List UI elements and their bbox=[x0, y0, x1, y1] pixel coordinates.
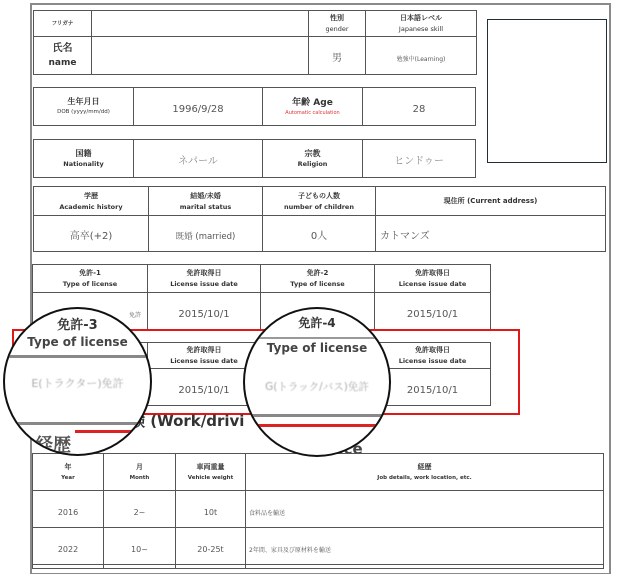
row-year: 2016 bbox=[33, 491, 104, 528]
table-row: 2016 2~ 10t 食料品を輸送 bbox=[33, 491, 604, 528]
col-vehicle-weight: 車両重量Vehicle weight bbox=[176, 454, 246, 491]
name-table: フリガナ 性別gender 日本語レベルJapanese skill 氏名nam… bbox=[33, 10, 477, 75]
gender-label: 性別gender bbox=[309, 11, 366, 37]
address-label: 現住所 (Current address) bbox=[376, 187, 606, 216]
magnifier-license-4: 免許-4 Type of license G(トラック/バス)免許 bbox=[243, 307, 391, 457]
row-year: 2022 bbox=[33, 528, 104, 565]
religion-value: ヒンドゥー bbox=[363, 140, 476, 178]
row-weight bbox=[176, 565, 246, 569]
col-year: 年Year bbox=[33, 454, 104, 491]
magnifier-title-en: Type of license bbox=[5, 335, 150, 349]
furigana-label: フリガナ bbox=[34, 11, 92, 37]
row-month bbox=[104, 565, 176, 569]
magnifier-license-3: 免許-3 Type of license E(トラクター)免許 経歴 bbox=[3, 307, 152, 456]
row-month: 10~ bbox=[104, 528, 176, 565]
name-field[interactable] bbox=[92, 37, 309, 75]
children-value: 0人 bbox=[263, 216, 376, 252]
row-year bbox=[33, 565, 104, 569]
nationality-value: ネパール bbox=[134, 140, 263, 178]
license-1-label: 免許-1Type of license bbox=[33, 265, 148, 293]
row-month: 2~ bbox=[104, 491, 176, 528]
license-2-label: 免許-2Type of license bbox=[261, 265, 375, 293]
magnifier-title-jp: 免許-3 bbox=[5, 314, 150, 333]
table-row bbox=[33, 565, 604, 569]
marital-label: 結婚/未婚marital status bbox=[149, 187, 263, 216]
row-details: 食料品を輸送 bbox=[246, 491, 604, 528]
row-weight: 10t bbox=[176, 491, 246, 528]
address-value: カトマンズ bbox=[376, 216, 606, 252]
license-2-date-label: 免許取得日License issue date bbox=[375, 265, 491, 293]
japanese-skill-label: 日本語レベルJapanese skill bbox=[366, 11, 477, 37]
nationality-label: 国籍Nationality bbox=[34, 140, 134, 178]
gender-value: 男 bbox=[309, 37, 366, 75]
row-details: 2年間、家具及び原材料を輸送 bbox=[246, 528, 604, 565]
furigana-field[interactable] bbox=[92, 11, 309, 37]
license-1-date-value: 2015/10/1 bbox=[148, 293, 261, 330]
nationality-table: 国籍Nationality ネパール 宗教Religion ヒンドゥー bbox=[33, 139, 476, 178]
magnifier-heading-fragment: 経歴 bbox=[35, 431, 71, 456]
magnifier-value: G(トラック/バス)免許 bbox=[245, 379, 389, 394]
japanese-skill-value: 勉強中(Learning) bbox=[366, 37, 477, 75]
magnifier-title-jp: 免許-4 bbox=[245, 314, 389, 331]
dob-table: 生年月日DOB (yyyy/mm/dd) 1996/9/28 年齢 AgeAut… bbox=[33, 87, 476, 126]
age-value: 28 bbox=[363, 88, 476, 126]
dob-value: 1996/9/28 bbox=[134, 88, 263, 126]
photo-placeholder bbox=[487, 19, 607, 163]
col-job-details: 経歴Job details, work location, etc. bbox=[246, 454, 604, 491]
children-label: 子どもの人数number of children bbox=[263, 187, 376, 216]
row-weight: 20-25t bbox=[176, 528, 246, 565]
religion-label: 宗教Religion bbox=[263, 140, 363, 178]
table-row: 2022 10~ 20-25t 2年間、家具及び原材料を輸送 bbox=[33, 528, 604, 565]
background-table: 学歴Academic history 結婚/未婚marital status 子… bbox=[33, 186, 606, 252]
dob-label: 生年月日DOB (yyyy/mm/dd) bbox=[34, 88, 134, 126]
license-1-date-label: 免許取得日License issue date bbox=[148, 265, 261, 293]
academic-value: 高卒(+2) bbox=[34, 216, 149, 252]
magnifier-title-en: Type of license bbox=[245, 341, 389, 355]
name-label: 氏名name bbox=[34, 37, 92, 75]
license-2-date-value: 2015/10/1 bbox=[375, 293, 491, 330]
marital-value: 既婚 (married) bbox=[149, 216, 263, 252]
age-label: 年齢 AgeAutomatic calculation bbox=[263, 88, 363, 126]
col-month: 月Month bbox=[104, 454, 176, 491]
academic-label: 学歴Academic history bbox=[34, 187, 149, 216]
experience-table: 年Year 月Month 車両重量Vehicle weight 経歴Job de… bbox=[32, 453, 604, 569]
magnifier-value: E(トラクター)免許 bbox=[5, 375, 150, 391]
row-details bbox=[246, 565, 604, 569]
